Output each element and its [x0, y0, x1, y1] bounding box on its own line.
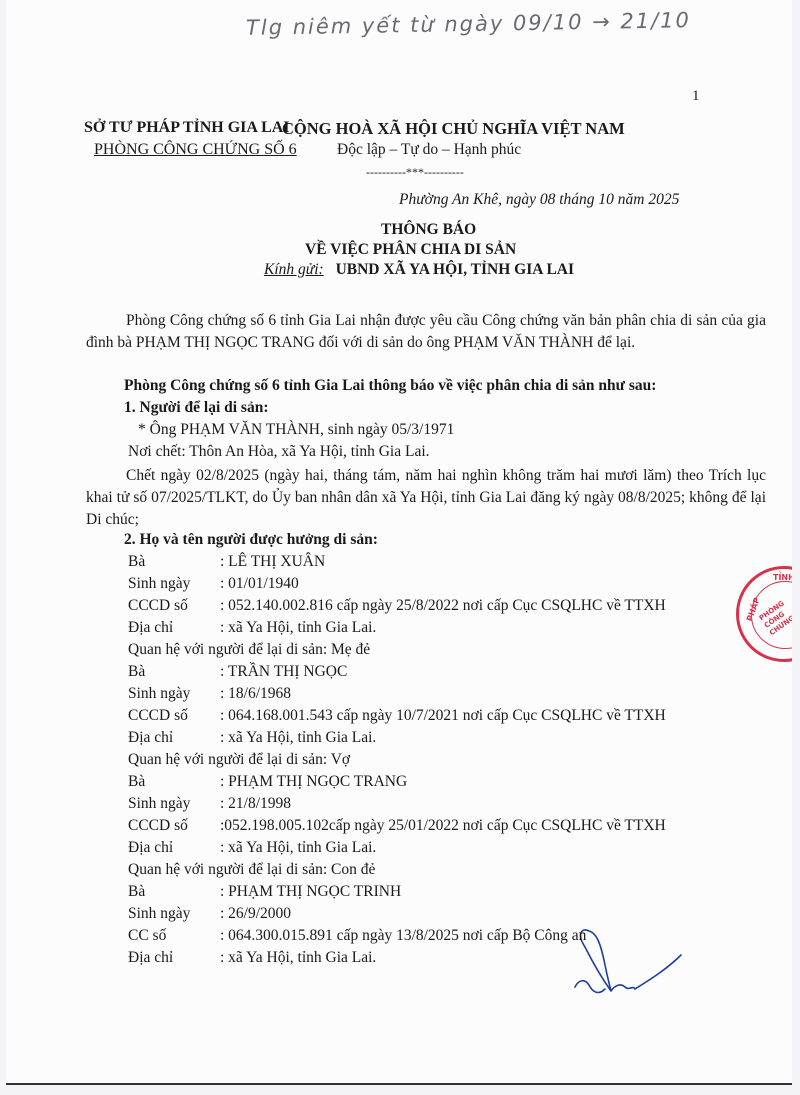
heir-id-label: CCCD số — [128, 817, 220, 835]
heir-id-label: CC số — [128, 927, 220, 945]
doc-title: THÔNG BÁO — [381, 221, 476, 239]
heir-dob-value: : 26/9/2000 — [220, 905, 291, 922]
place-date: Phường An Khê, ngày 08 tháng 10 năm 2025 — [399, 191, 679, 209]
recipient-name: UBND XÃ YA HỘI, TỈNH GIA LAI — [336, 261, 574, 278]
death-place: Nơi chết: Thôn An Hòa, xã Ya Hội, tỉnh G… — [128, 443, 430, 461]
heir-dob-label: Sinh ngày — [128, 905, 220, 923]
heir-id-value: : 052.140.002.816 cấp ngày 25/8/2022 nơi… — [220, 597, 666, 614]
heir-address-row: Địa chỉ: xã Ya Hội, tỉnh Gia Lai. — [128, 839, 376, 857]
doc-subject: VỀ VIỆC PHÂN CHIA DI SẢN — [305, 241, 516, 259]
separator: ----------***---------- — [366, 165, 464, 180]
heir-name-label: Bà — [128, 773, 220, 791]
heir-id-label: CCCD số — [128, 597, 220, 615]
recipient-label: Kính gửi: — [264, 261, 324, 278]
heir-id-row: CCCD số: 052.140.002.816 cấp ngày 25/8/2… — [128, 597, 666, 615]
heir-name-value: : LÊ THỊ XUÂN — [220, 553, 325, 570]
heir-name-value: : PHẠM THỊ NGỌC TRINH — [220, 883, 401, 900]
heir-relation: Quan hệ với người để lại di sản: Con đẻ — [128, 861, 375, 879]
heir-id-value: : 064.168.001.543 cấp ngày 10/7/2021 nơi… — [220, 707, 666, 724]
deceased-person: * Ông PHẠM VĂN THÀNH, sinh ngày 05/3/197… — [138, 421, 454, 439]
heir-name-value: : PHẠM THỊ NGỌC TRANG — [220, 773, 407, 790]
heir-name-row: Bà: LÊ THỊ XUÂN — [128, 553, 325, 571]
heir-address-value: : xã Ya Hội, tỉnh Gia Lai. — [220, 839, 376, 856]
heir-dob-label: Sinh ngày — [128, 575, 220, 593]
heir-id-row: CCCD số: 064.168.001.543 cấp ngày 10/7/2… — [128, 707, 666, 725]
heir-address-row: Địa chỉ: xã Ya Hội, tỉnh Gia Lai. — [128, 949, 376, 967]
heir-dob-label: Sinh ngày — [128, 795, 220, 813]
heir-dob-value: : 21/8/1998 — [220, 795, 291, 812]
heir-address-row: Địa chỉ: xã Ya Hội, tỉnh Gia Lai. — [128, 619, 376, 637]
page-number: 1 — [692, 88, 700, 105]
org-name: SỞ TƯ PHÁP TỈNH GIA LAI — [84, 119, 290, 137]
death-details: Chết ngày 02/8/2025 (ngày hai, tháng tám… — [86, 465, 766, 531]
heir-address-row: Địa chỉ: xã Ya Hội, tỉnh Gia Lai. — [128, 729, 376, 747]
heir-dob-row: Sinh ngày: 01/01/1940 — [128, 575, 299, 593]
nation-motto: Độc lập – Tự do – Hạnh phúc — [337, 141, 521, 159]
heir-dob-row: Sinh ngày: 26/9/2000 — [128, 905, 291, 923]
heir-address-label: Địa chỉ — [128, 949, 220, 967]
heir-relation: Quan hệ với người để lại di sản: Vợ — [128, 751, 350, 769]
heir-name-label: Bà — [128, 663, 220, 681]
intro-paragraph: Phòng Công chứng số 6 tỉnh Gia Lai nhận … — [86, 310, 766, 354]
heir-name-row: Bà: PHẠM THỊ NGỌC TRANG — [128, 773, 407, 791]
official-stamp: TỈNH PHÁP PHÒNG CÔNG CHỨNG SỐ — [736, 566, 792, 662]
heir-dob-value: : 18/6/1968 — [220, 685, 291, 702]
section1-heading: 1. Người để lại di sản: — [124, 399, 269, 417]
stamp-text-top: TỈNH — [773, 573, 792, 582]
heir-name-label: Bà — [128, 553, 220, 571]
section2-heading: 2. Họ và tên người được hưởng di sản: — [124, 531, 378, 549]
heir-id-row: CC số: 064.300.015.891 cấp ngày 13/8/202… — [128, 927, 586, 945]
nation-title: CỘNG HOÀ XÃ HỘI CHỦ NGHĨA VIỆT NAM — [282, 119, 625, 139]
signature — [571, 925, 691, 1005]
doc-recipient: Kính gửi: UBND XÃ YA HỘI, TỈNH GIA LAI — [264, 261, 574, 279]
heir-name-label: Bà — [128, 883, 220, 901]
heir-address-value: : xã Ya Hội, tỉnh Gia Lai. — [220, 729, 376, 746]
heir-id-value: : 064.300.015.891 cấp ngày 13/8/2025 nơi… — [220, 927, 586, 944]
heir-dob-row: Sinh ngày: 21/8/1998 — [128, 795, 291, 813]
heir-dob-value: : 01/01/1940 — [220, 575, 299, 592]
heir-name-row: Bà: PHẠM THỊ NGỌC TRINH — [128, 883, 401, 901]
document-page: Tlg niêm yết từ ngày 09/10 → 21/10 1 SỞ … — [6, 0, 792, 1085]
heir-address-label: Địa chỉ — [128, 729, 220, 747]
heir-id-row: CCCD số:052.198.005.102cấp ngày 25/01/20… — [128, 817, 666, 835]
heir-id-label: CCCD số — [128, 707, 220, 725]
heir-dob-label: Sinh ngày — [128, 685, 220, 703]
heir-name-row: Bà: TRẦN THỊ NGỌC — [128, 663, 347, 681]
heir-address-label: Địa chỉ — [128, 839, 220, 857]
heir-address-value: : xã Ya Hội, tỉnh Gia Lai. — [220, 949, 376, 966]
heir-relation: Quan hệ với người để lại di sản: Mẹ đẻ — [128, 641, 370, 659]
heir-address-value: : xã Ya Hội, tỉnh Gia Lai. — [220, 619, 376, 636]
heir-id-value: :052.198.005.102cấp ngày 25/01/2022 nơi … — [220, 817, 666, 834]
heir-address-label: Địa chỉ — [128, 619, 220, 637]
heir-dob-row: Sinh ngày: 18/6/1968 — [128, 685, 291, 703]
handwritten-note: Tlg niêm yết từ ngày 09/10 → 21/10 — [246, 8, 691, 40]
announce-line: Phòng Công chứng số 6 tỉnh Gia Lai thông… — [124, 377, 656, 395]
org-office: PHÒNG CÔNG CHỨNG SỐ 6 — [94, 141, 297, 159]
heir-name-value: : TRẦN THỊ NGỌC — [220, 663, 347, 680]
